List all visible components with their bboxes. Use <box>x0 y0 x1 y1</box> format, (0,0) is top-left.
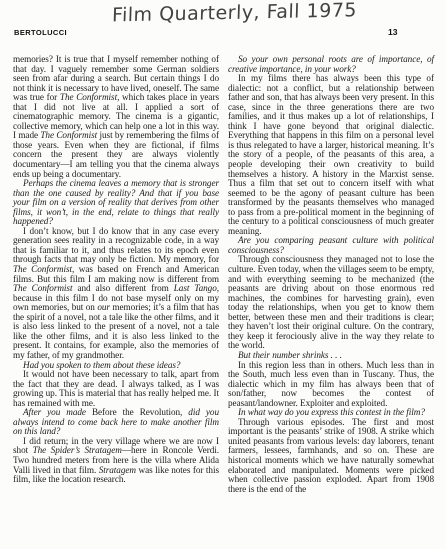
text-segment: The Conformist, <box>13 264 74 274</box>
interview-answer-paragraph: I don’t know, but I do know that in any … <box>13 227 219 361</box>
text-segment: Last Tango, <box>174 283 219 293</box>
interview-question: So your own personal roots are of import… <box>228 55 434 74</box>
text-segment: our <box>97 302 110 312</box>
page-number: 13 <box>388 27 397 37</box>
article-column-right: So your own personal roots are of import… <box>228 55 434 494</box>
text-segment: Had you spoken to them about these ideas… <box>23 360 180 370</box>
text-segment: The Spider’s Stratagem <box>33 445 122 455</box>
text-segment: memories; it’s a film that has the spiri… <box>13 302 219 360</box>
text-segment: The Conformist <box>40 130 97 140</box>
text-segment: In this region less than in others. Much… <box>228 360 434 408</box>
text-segment: After you made <box>23 407 92 417</box>
text-segment: It would not have been necessary to talk… <box>13 369 219 408</box>
interview-answer-paragraph: Through various episodes. The first and … <box>228 418 434 494</box>
text-segment: The Conformist, <box>60 92 119 102</box>
text-segment: I don’t know, but I do know that in any … <box>13 226 219 265</box>
handwritten-annotation: Film Quarterly, Fall 1975 <box>112 0 343 26</box>
interview-question: Are you comparing peasant culture with p… <box>228 236 434 255</box>
text-segment: Perhaps the cinema leaves a memory that … <box>13 178 219 226</box>
interview-answer-paragraph: It would not have been necessary to talk… <box>13 370 219 408</box>
text-segment: But their number shrinks . . . <box>238 350 342 360</box>
text-segment: So your own personal roots are of import… <box>228 54 434 74</box>
text-segment: The Conformist <box>13 283 72 293</box>
article-column-left: memories? It is true that I myself remem… <box>13 55 219 494</box>
text-segment: Through various episodes. The first and … <box>228 417 434 494</box>
journal-page-scan: Film Quarterly, Fall 1975 BERTOLUCCI 13 … <box>0 0 446 549</box>
text-segment: Before the Revolution, <box>92 407 182 417</box>
interview-answer-paragraph: I did return; in the very village where … <box>13 437 219 485</box>
interview-answer-paragraph: In this region less than in others. Much… <box>228 361 434 409</box>
interview-answer-paragraph: In my films there has always been this t… <box>228 74 434 236</box>
interview-answer-paragraph: memories? It is true that I myself remem… <box>13 55 219 179</box>
text-segment: Are you comparing peasant culture with p… <box>228 235 434 255</box>
text-segment: In my films there has always been this t… <box>228 73 434 236</box>
article-body: memories? It is true that I myself remem… <box>13 55 434 494</box>
interview-question: Perhaps the cinema leaves a memory that … <box>13 179 219 227</box>
interview-question: After you made Before the Revolution, di… <box>13 408 219 437</box>
text-segment: In what way do you express this contest … <box>238 407 425 417</box>
text-segment: Stratagem <box>99 465 136 475</box>
running-head: BERTOLUCCI <box>14 28 67 37</box>
text-segment: Through consciousness they managed not t… <box>228 254 434 350</box>
interview-answer-paragraph: Through consciousness they managed not t… <box>228 255 434 350</box>
text-segment: and also different from <box>72 283 173 293</box>
